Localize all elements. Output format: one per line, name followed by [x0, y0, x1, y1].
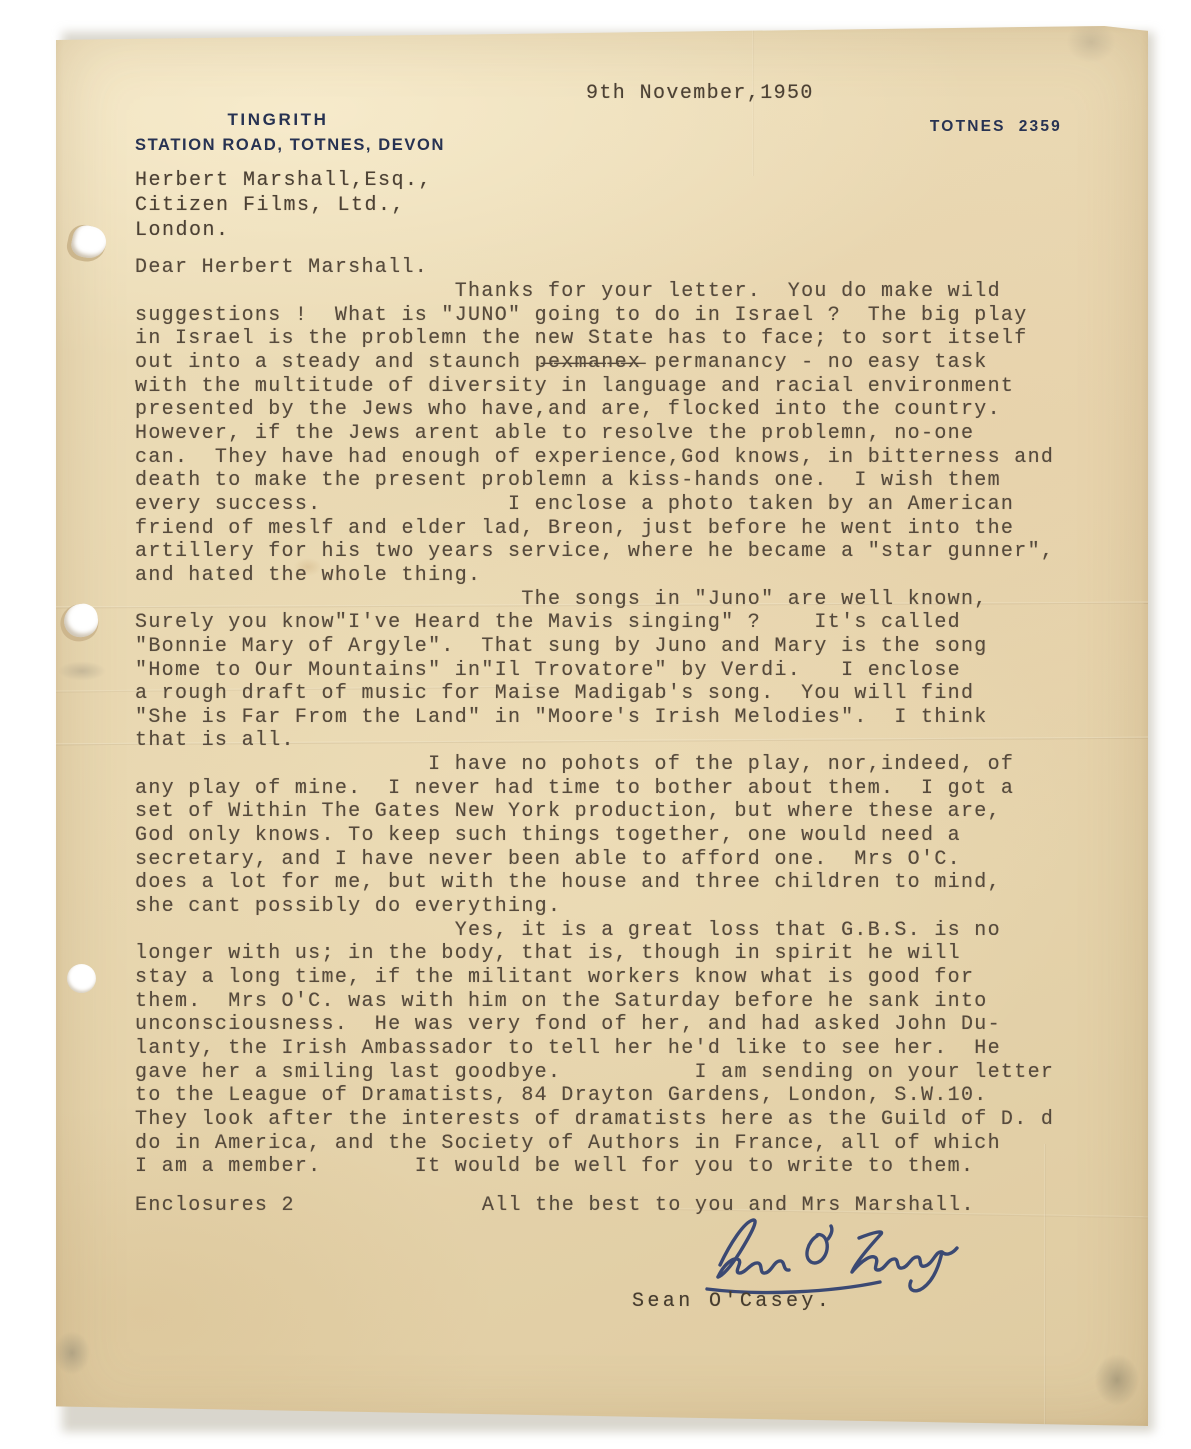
letterhead: TINGRITH STATION ROAD, TOTNES, DEVON — [135, 110, 421, 155]
typed-signature-name: Sean O'Casey. — [632, 1290, 832, 1313]
stain-smudge — [46, 1322, 98, 1384]
punch-hole — [67, 964, 96, 993]
letterhead-telephone: TOTNES 2359 — [930, 118, 1062, 136]
letter-page: 9th November,1950 TINGRITH STATION ROAD,… — [56, 26, 1148, 1426]
letterhead-address: STATION ROAD, TOTNES, DEVON — [135, 136, 421, 155]
stain-smudge — [1056, 12, 1126, 72]
letter-body: Thanks for your letter. You do make wild… — [135, 280, 1054, 1179]
letter-date: 9th November,1950 — [586, 82, 814, 105]
punch-hole — [69, 223, 109, 261]
stain-smudge — [1086, 1344, 1148, 1416]
enclosures-note: Enclosures 2 — [135, 1194, 295, 1217]
fold-crease — [1044, 1144, 1046, 1426]
signature — [612, 1214, 982, 1300]
salutation: Dear Herbert Marshall. — [135, 256, 428, 279]
stain-smudge — [50, 658, 114, 684]
recipient-address: Herbert Marshall,Esq., Citizen Films, Lt… — [135, 168, 432, 243]
letterhead-house-name: TINGRITH — [135, 110, 421, 130]
